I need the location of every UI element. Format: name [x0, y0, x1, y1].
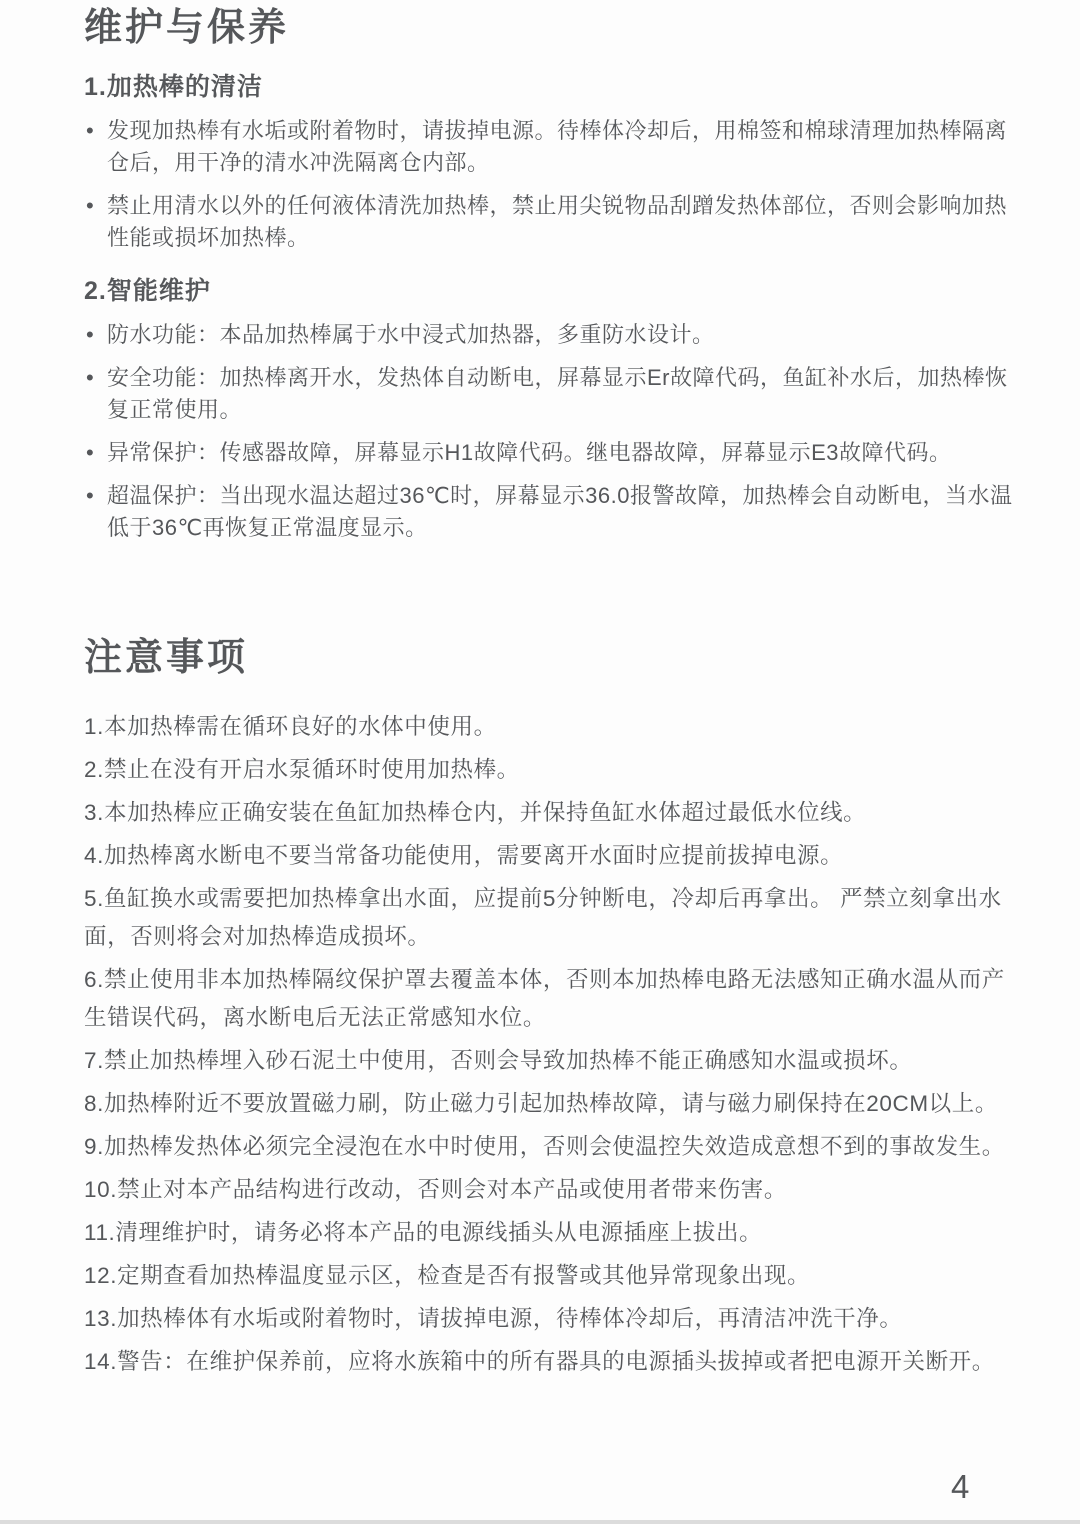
note-item: 1.本加热棒需在循环良好的水体中使用。 — [84, 708, 1024, 746]
note-item: 6.禁止使用非本加热棒隔纹保护罩去覆盖本体，否则本加热棒电路无法感知正确水温从而… — [84, 961, 1024, 1037]
bullet-item: 超温保护：当出现水温达超过36℃时，屏幕显示36.0报警故障，加热棒会自动断电，… — [84, 480, 1024, 544]
subsection-heading-cleaning: 1.加热棒的清洁 — [84, 72, 1024, 102]
page-bottom-edge — [0, 1520, 1080, 1524]
bullet-item: 防水功能：本品加热棒属于水中浸式加热器，多重防水设计。 — [84, 319, 1024, 351]
note-item: 13.加热棒体有水垢或附着物时，请拔掉电源，待棒体冷却后，再清洁冲洗干净。 — [84, 1300, 1024, 1338]
note-item: 10.禁止对本产品结构进行改动，否则会对本产品或使用者带来伤害。 — [84, 1171, 1024, 1209]
page-content: 维护与保养 1.加热棒的清洁 发现加热棒有水垢或附着物时，请拔掉电源。待棒体冷却… — [0, 0, 1080, 1381]
manual-page: 维护与保养 1.加热棒的清洁 发现加热棒有水垢或附着物时，请拔掉电源。待棒体冷却… — [0, 0, 1080, 1524]
cleaning-bullet-list: 发现加热棒有水垢或附着物时，请拔掉电源。待棒体冷却后，用棉签和棉球清理加热棒隔离… — [84, 115, 1024, 254]
note-item: 3.本加热棒应正确安装在鱼缸加热棒仓内，并保持鱼缸水体超过最低水位线。 — [84, 794, 1024, 832]
note-item: 7.禁止加热棒埋入砂石泥土中使用，否则会导致加热棒不能正确感知水温或损坏。 — [84, 1042, 1024, 1080]
precautions-list: 1.本加热棒需在循环良好的水体中使用。 2.禁止在没有开启水泵循环时使用加热棒。… — [84, 708, 1024, 1381]
note-item: 14.警告：在维护保养前，应将水族箱中的所有器具的电源插头拔掉或者把电源开关断开… — [84, 1343, 1024, 1381]
page-number: 4 — [951, 1468, 969, 1506]
note-item: 8.加热棒附近不要放置磁力刷，防止磁力引起加热棒故障，请与磁力刷保持在20CM以… — [84, 1085, 1024, 1123]
smart-maintenance-bullet-list: 防水功能：本品加热棒属于水中浸式加热器，多重防水设计。 安全功能：加热棒离开水，… — [84, 319, 1024, 544]
section-title-precautions: 注意事项 — [84, 636, 1024, 680]
bullet-item: 异常保护：传感器故障，屏幕显示H1故障代码。继电器故障，屏幕显示E3故障代码。 — [84, 437, 1024, 469]
bullet-item: 安全功能：加热棒离开水，发热体自动断电，屏幕显示Er故障代码，鱼缸补水后，加热棒… — [84, 362, 1024, 426]
note-item: 12.定期查看加热棒温度显示区，检查是否有报警或其他异常现象出现。 — [84, 1257, 1024, 1295]
note-item: 11.清理维护时，请务必将本产品的电源线插头从电源插座上拔出。 — [84, 1214, 1024, 1252]
section-title-maintenance: 维护与保养 — [84, 6, 1024, 50]
bullet-item: 禁止用清水以外的任何液体清洗加热棒，禁止用尖锐物品刮蹭发热体部位，否则会影响加热… — [84, 190, 1024, 254]
note-item: 2.禁止在没有开启水泵循环时使用加热棒。 — [84, 751, 1024, 789]
note-item: 4.加热棒离水断电不要当常备功能使用，需要离开水面时应提前拔掉电源。 — [84, 837, 1024, 875]
bullet-item: 发现加热棒有水垢或附着物时，请拔掉电源。待棒体冷却后，用棉签和棉球清理加热棒隔离… — [84, 115, 1024, 179]
note-item: 9.加热棒发热体必须完全浸泡在水中时使用，否则会使温控失效造成意想不到的事故发生… — [84, 1128, 1024, 1166]
note-item: 5.鱼缸换水或需要把加热棒拿出水面，应提前5分钟断电，冷却后再拿出。 严禁立刻拿… — [84, 880, 1024, 956]
subsection-heading-smart-maintenance: 2.智能维护 — [84, 276, 1024, 306]
